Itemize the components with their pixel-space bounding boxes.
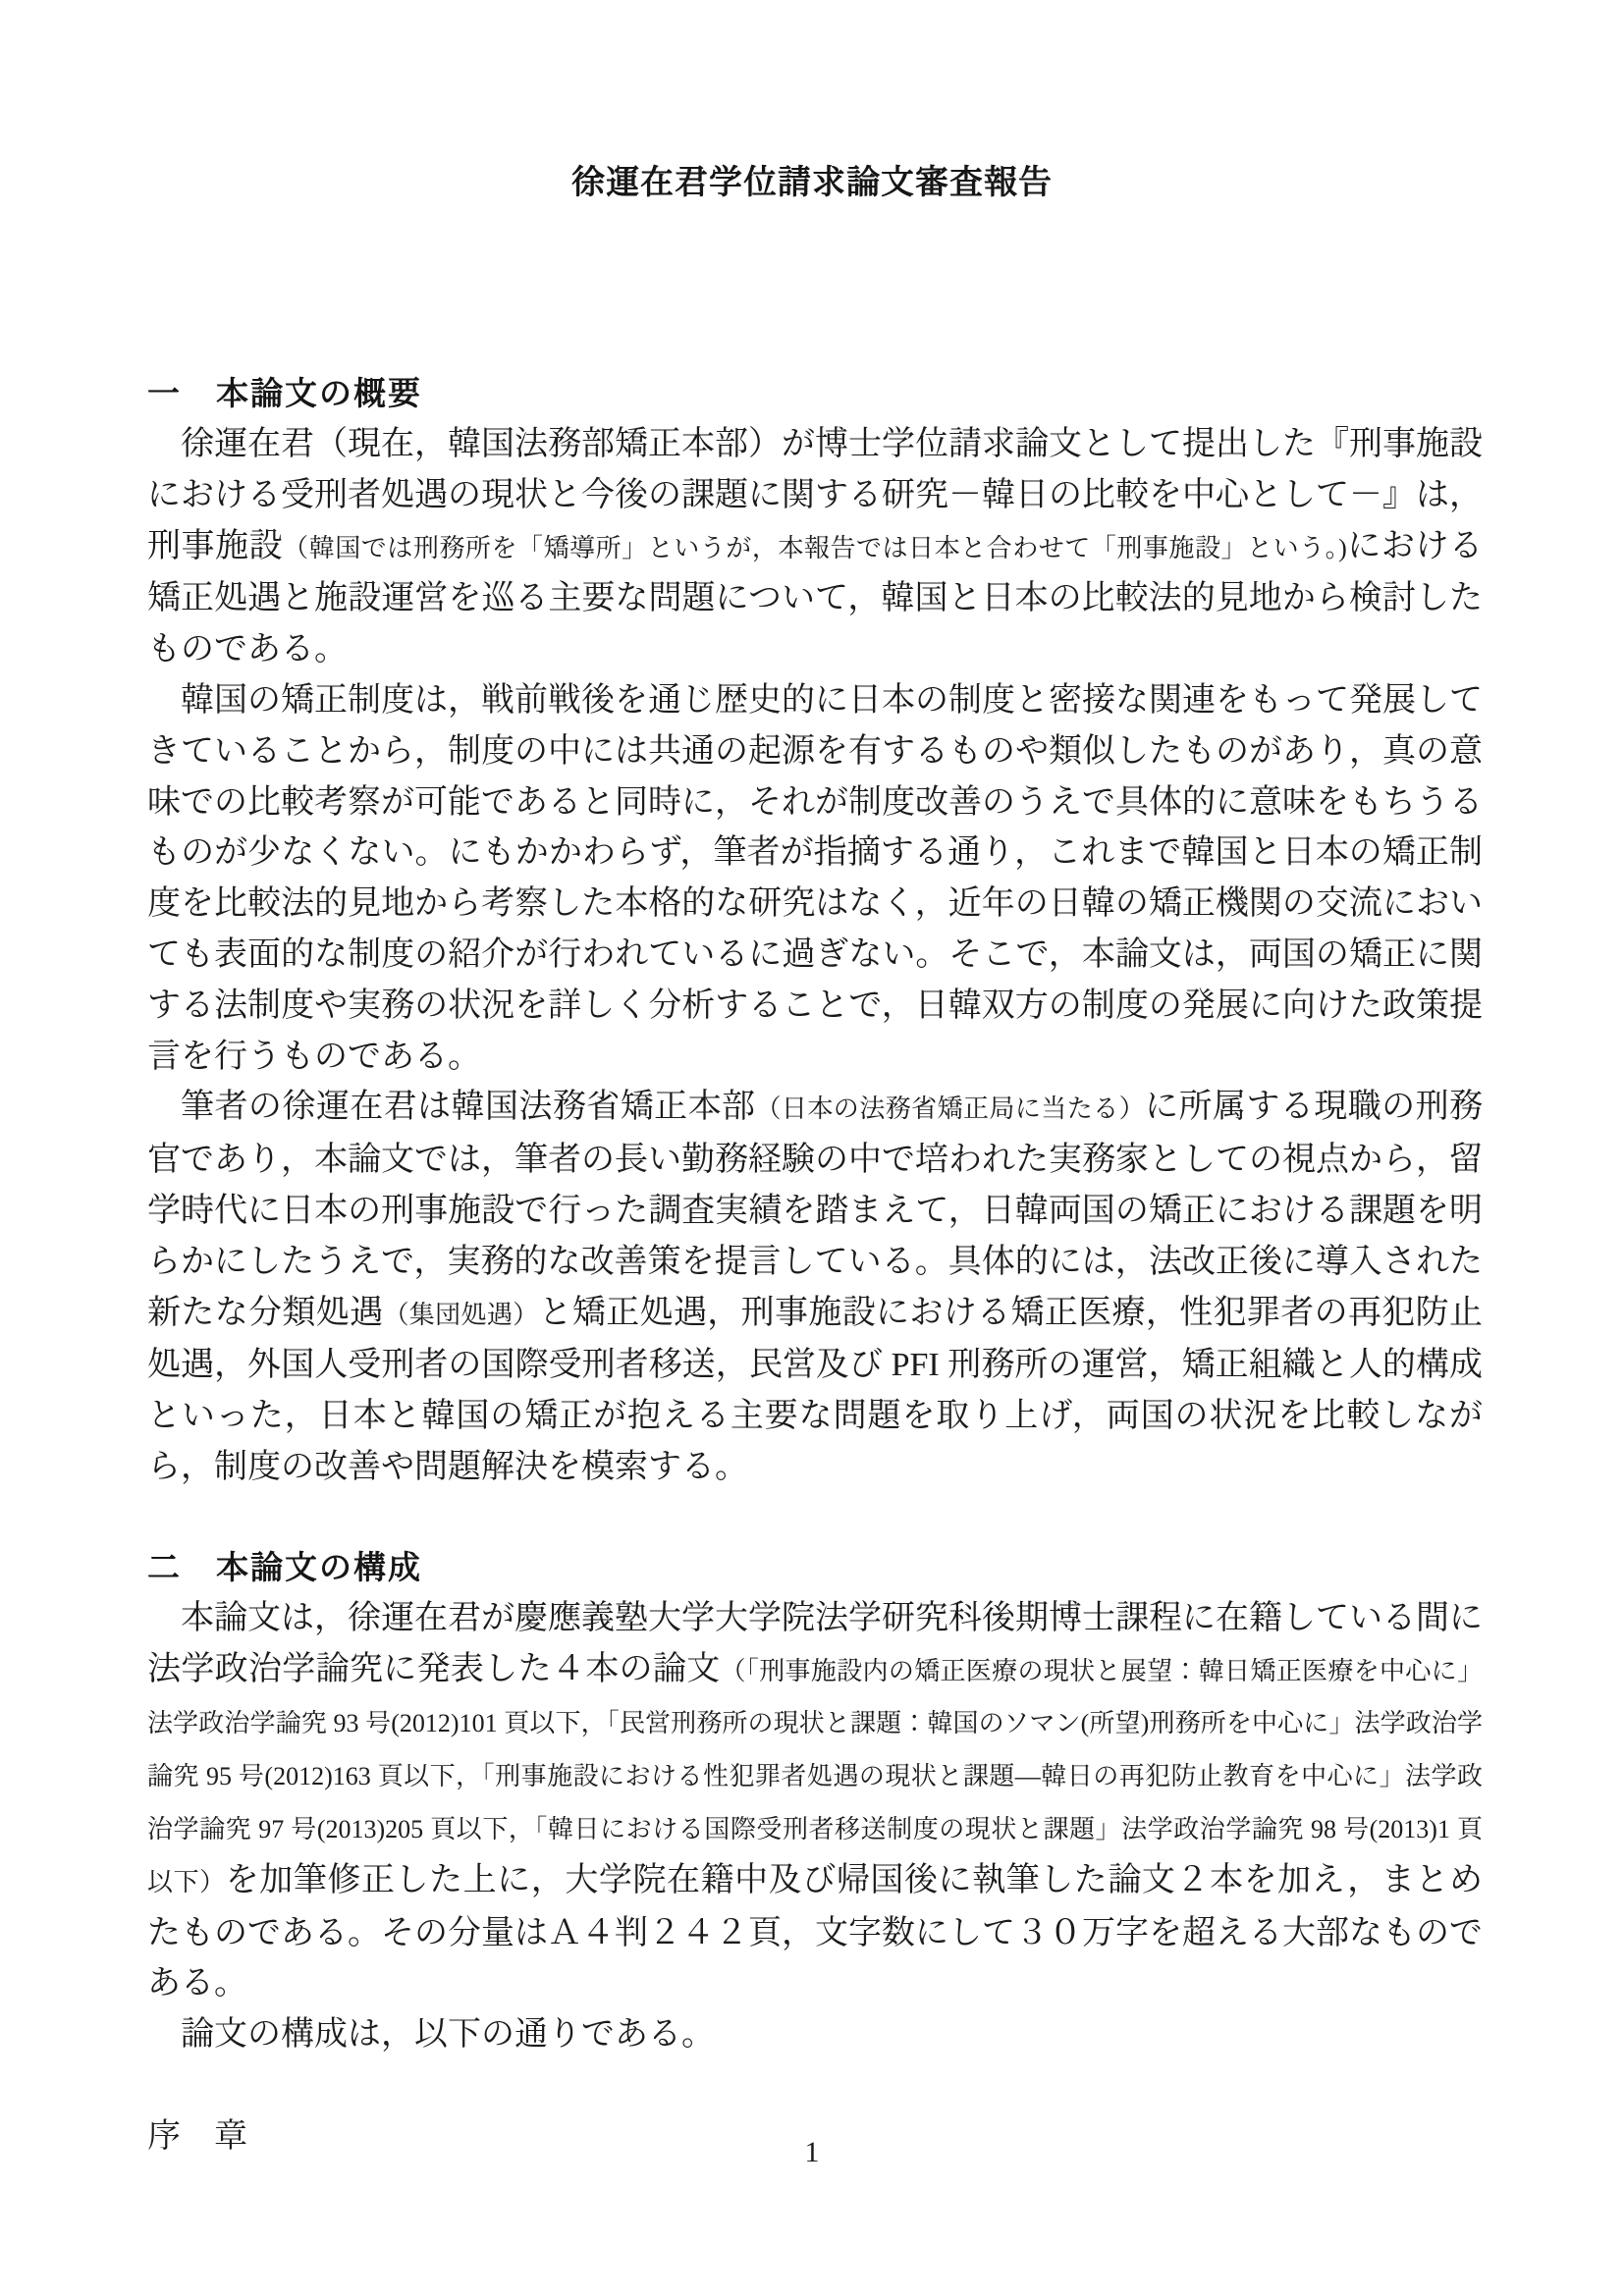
inline-note: （「刑事施設内の矯正医療の現状と展望：韓日矯正医療を中心に」法学政治学論究 93… [147,1657,1483,1896]
inline-note: （集団処遇） [383,1301,538,1329]
section: 二 本論文の構成本論文は，徐運在君が慶應義塾大学大学院法学研究科後期博士課程に在… [147,1542,1483,2060]
text-run: 韓国の矯正制度は，戦前戦後を通じ歴史的に日本の制度と密接な関連をもって発展してき… [147,682,1483,1075]
text-run: を加筆修正した上に，大学院在籍中及び帰国後に執筆した論文２本を加え，まとめたもの… [147,1862,1483,2002]
sections: 一 本論文の概要徐運在君（現在，韓国法務部矯正本部）が博士学位請求論文として提出… [147,368,1483,2060]
paragraph: 韓国の矯正制度は，戦前戦後を通じ歴史的に日本の制度と密接な関連をもって発展してき… [147,675,1483,1082]
document-title: 徐運在君学位請求論文審査報告 [0,155,1624,203]
text-run: 論文の構成は，以下の通りである。 [181,2016,715,2053]
text-run: 筆者の徐運在君は韓国法務省矯正本部 [181,1089,755,1125]
page-number: 1 [0,2136,1624,2169]
paragraph: 本論文は，徐運在君が慶應義塾大学大学院法学研究科後期博士課程に在籍している間に法… [147,1593,1483,2009]
inline-note: （日本の法務省矯正局に当たる） [755,1095,1145,1123]
document-page: 徐運在君学位請求論文審査報告 一 本論文の概要徐運在君（現在，韓国法務部矯正本部… [0,0,1624,2296]
paragraph: 筆者の徐運在君は韓国法務省矯正本部（日本の法務省矯正局に当たる）に所属する現職の… [147,1082,1483,1492]
section-heading: 一 本論文の概要 [147,368,1483,419]
paragraph: 論文の構成は，以下の通りである。 [147,2009,1483,2060]
section: 一 本論文の概要徐運在君（現在，韓国法務部矯正本部）が博士学位請求論文として提出… [147,368,1483,1493]
inline-note: （韓国では刑務所を「矯導所」というが，本報告では日本と合わせて「刑事施設」という… [283,534,1347,562]
document-body: 一 本論文の概要徐運在君（現在，韓国法務部矯正本部）が博士学位請求論文として提出… [147,368,1483,2163]
section-heading: 二 本論文の構成 [147,1542,1483,1593]
paragraph: 徐運在君（現在，韓国法務部矯正本部）が博士学位請求論文として提出した『刑事施設に… [147,419,1483,675]
